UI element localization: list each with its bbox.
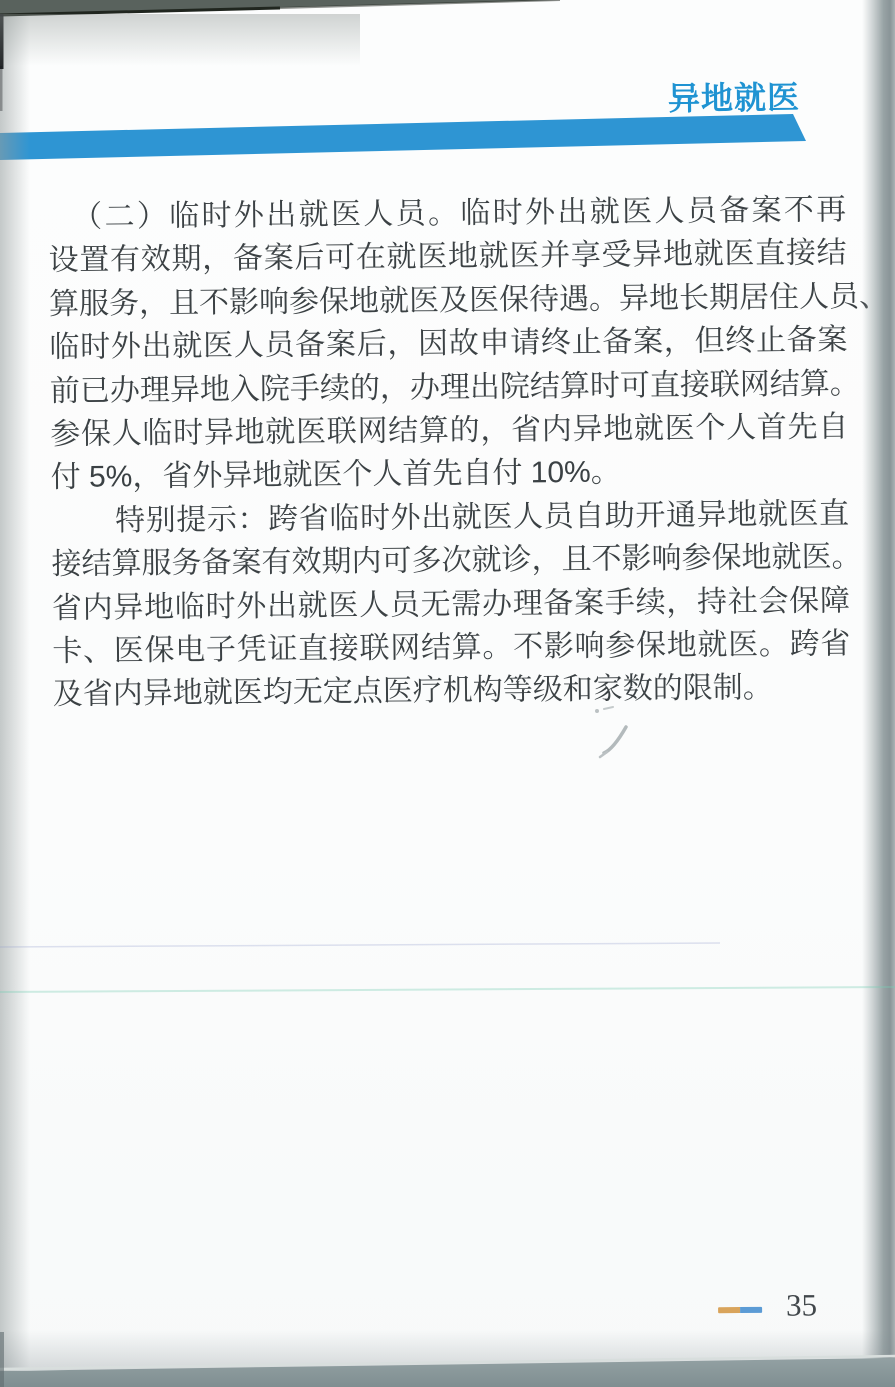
footer-dash-orange — [718, 1307, 740, 1313]
scanned-page: 异地就医 （二）临时外出就医人员。临时外出就医人员备案不再设置有效期，备案后可在… — [0, 0, 895, 1387]
page-number: 35 — [786, 1287, 817, 1323]
page-footer: 35 — [0, 0, 895, 1387]
footer-dash-blue — [740, 1307, 762, 1313]
